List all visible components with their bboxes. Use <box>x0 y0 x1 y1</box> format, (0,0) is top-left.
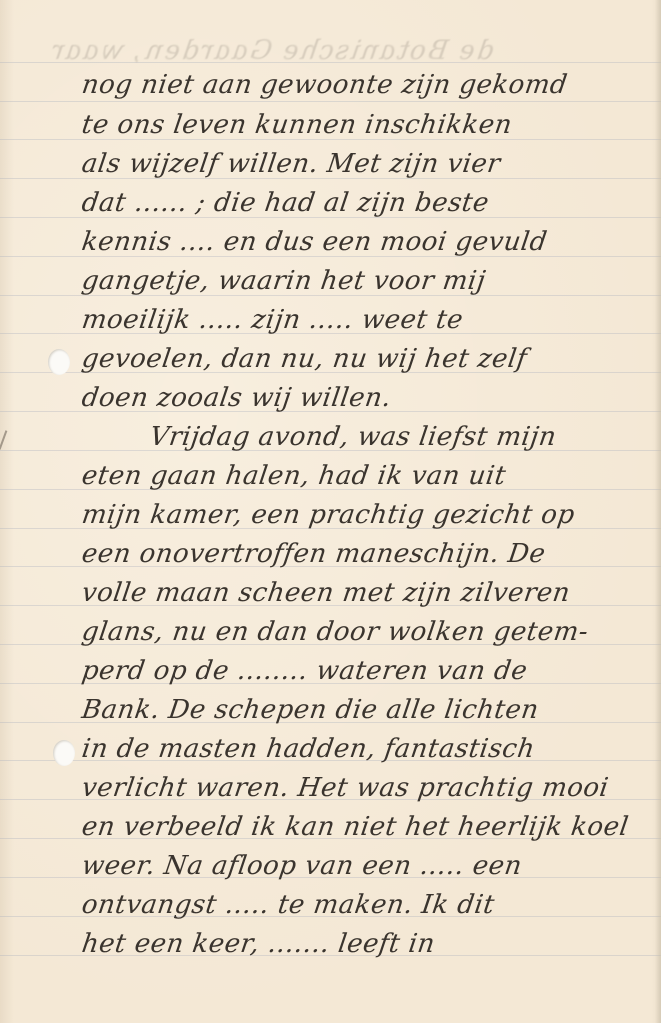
handwritten-line: het een keer, ....... leeft in <box>80 929 437 959</box>
handwritten-line: weer. Na afloop van een ..... een <box>80 851 524 881</box>
ruled-line <box>0 101 661 102</box>
handwritten-line: gangetje, waarin het voor mij <box>80 266 488 296</box>
letter-page: de Botanische Gaarden, waar nog niet aan… <box>0 0 661 1023</box>
handwritten-line: Vrijdag avond, was liefst mijn <box>148 422 558 452</box>
margin-mark <box>0 430 7 449</box>
handwritten-line: ontvangst ..... te maken. Ik dit <box>80 890 497 920</box>
handwritten-line: dat ...... ; die had al zijn beste <box>80 188 491 218</box>
handwritten-line: Bank. De schepen die alle lichten <box>80 695 541 725</box>
handwritten-line: mijn kamer, een prachtig gezicht op <box>80 500 577 530</box>
handwritten-line: glans, nu en dan door wolken getem- <box>80 617 590 647</box>
handwritten-line: doen zooals wij willen. <box>80 383 393 413</box>
handwritten-line: volle maan scheen met zijn zilveren <box>80 578 572 608</box>
handwritten-line: eten gaan halen, had ik van uit <box>80 461 508 491</box>
paper-edge <box>655 0 661 1023</box>
punch-hole <box>48 349 70 375</box>
handwritten-line: gevoelen, dan nu, nu wij het zelf <box>80 344 529 374</box>
bleed-through-text: de Botanische Gaarden, waar <box>42 36 502 66</box>
handwritten-line: verlicht waren. Het was prachtig mooi <box>80 773 611 803</box>
handwritten-line: moeilijk ..... zijn ..... weet te <box>80 305 465 335</box>
handwritten-line: te ons leven kunnen inschikken <box>80 110 514 140</box>
punch-hole <box>53 740 75 766</box>
handwritten-line: en verbeeld ik kan niet het heerlijk koe… <box>80 812 631 842</box>
handwritten-line: in de masten hadden, fantastisch <box>80 734 537 764</box>
handwritten-line: perd op de ........ wateren van de <box>80 656 529 686</box>
handwritten-line: kennis .... en dus een mooi gevuld <box>80 227 549 257</box>
handwritten-line: nog niet aan gewoonte zijn gekomd <box>80 70 569 100</box>
handwritten-line: een onovertroffen maneschijn. De <box>80 539 548 569</box>
handwritten-line: als wijzelf willen. Met zijn vier <box>80 149 503 179</box>
